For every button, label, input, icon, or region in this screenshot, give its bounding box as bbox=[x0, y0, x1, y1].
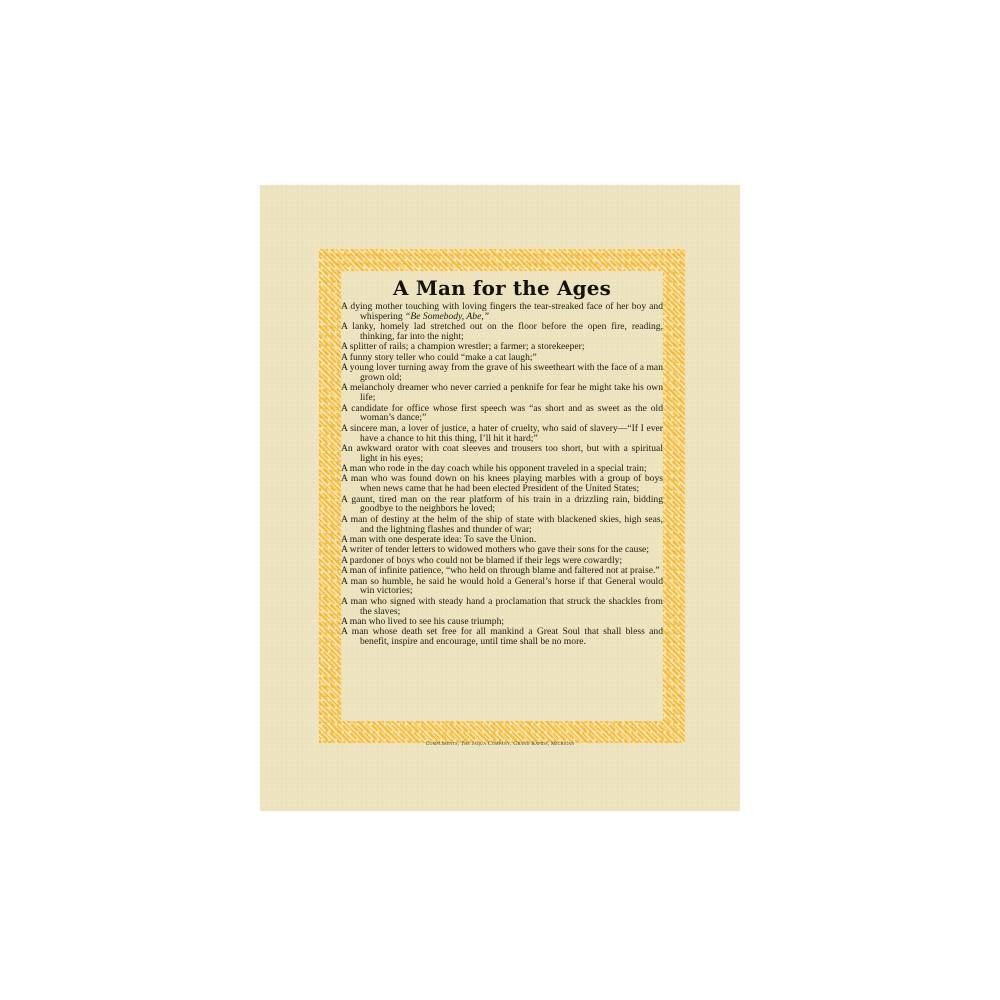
entry-list: A dying mother touching with loving fing… bbox=[341, 302, 663, 647]
entry-item: A writer of tender letters to widowed mo… bbox=[341, 545, 663, 555]
entry-text: A candidate for office whose first speec… bbox=[341, 403, 663, 424]
poem-content: A Man for the Ages A dying mother touchi… bbox=[341, 278, 663, 648]
entry-text: A splitter of rails; a champion wrestler… bbox=[341, 341, 584, 352]
entry-text: A man of infinite patience, “who held on… bbox=[341, 565, 660, 576]
entry-item: A funny story teller who could “make a c… bbox=[341, 353, 663, 363]
entry-text: An awkward orator with coat sleeves and … bbox=[341, 443, 663, 464]
entry-text: A lanky, homely lad stretched out on the… bbox=[341, 321, 663, 342]
entry-text: A young lover turning away from the grav… bbox=[341, 362, 663, 383]
entry-text: A melancholy dreamer who never carried a… bbox=[341, 382, 663, 403]
entry-item: A candidate for office whose first speec… bbox=[341, 404, 663, 424]
entry-item: A gaunt, tired man on the rear platform … bbox=[341, 495, 663, 515]
entry-text: A man of destiny at the helm of the ship… bbox=[341, 514, 663, 535]
entry-text: A man with one desperate idea: To save t… bbox=[341, 534, 536, 545]
entry-item: A lanky, homely lad stretched out on the… bbox=[341, 322, 663, 342]
entry-item: A splitter of rails; a champion wrestler… bbox=[341, 342, 663, 352]
entry-item: A man who rode in the day coach while hi… bbox=[341, 464, 663, 474]
entry-text: A man whose death set free for all manki… bbox=[341, 626, 663, 647]
entry-quote: “Be Somebody, Abe,” bbox=[405, 311, 489, 322]
footer-credit: Compliments, The Jaqua Company, Grand Ra… bbox=[260, 741, 740, 747]
entry-item: A young lover turning away from the grav… bbox=[341, 363, 663, 383]
entry-text: A gaunt, tired man on the rear platform … bbox=[341, 494, 663, 515]
entry-text: A man who rode in the day coach while hi… bbox=[341, 463, 647, 474]
entry-item: A man with one desperate idea: To save t… bbox=[341, 535, 663, 545]
entry-item: An awkward orator with coat sleeves and … bbox=[341, 444, 663, 464]
entry-text: A man so humble, he said he would hold a… bbox=[341, 576, 663, 597]
entry-item: A melancholy dreamer who never carried a… bbox=[341, 383, 663, 403]
entry-item: A man whose death set free for all manki… bbox=[341, 627, 663, 647]
entry-text: A man who signed with steady hand a proc… bbox=[341, 596, 663, 617]
document-title: A Man for the Ages bbox=[338, 278, 666, 300]
entry-text: A dying mother touching with loving fing… bbox=[341, 301, 663, 322]
entry-text: A man who was found down on his knees pl… bbox=[341, 473, 663, 494]
entry-item: A pardoner of boys who could not be blam… bbox=[341, 556, 663, 566]
entry-item: A man who signed with steady hand a proc… bbox=[341, 597, 663, 617]
entry-item: A sincere man, a lover of justice, a hat… bbox=[341, 424, 663, 444]
entry-text: A funny story teller who could “make a c… bbox=[341, 352, 537, 363]
entry-item: A man who was found down on his knees pl… bbox=[341, 474, 663, 494]
entry-item: A dying mother touching with loving fing… bbox=[341, 302, 663, 322]
entry-item: A man of destiny at the helm of the ship… bbox=[341, 515, 663, 535]
entry-item: A man of infinite patience, “who held on… bbox=[341, 566, 663, 576]
entry-text: A sincere man, a lover of justice, a hat… bbox=[341, 423, 663, 444]
printed-sheet: A Man for the Ages A dying mother touchi… bbox=[260, 185, 740, 811]
entry-text: A writer of tender letters to widowed mo… bbox=[341, 544, 649, 555]
entry-text: A pardoner of boys who could not be blam… bbox=[341, 555, 622, 566]
entry-item: A man who lived to see his cause triumph… bbox=[341, 617, 663, 627]
entry-item: A man so humble, he said he would hold a… bbox=[341, 577, 663, 597]
entry-text: A man who lived to see his cause triumph… bbox=[341, 616, 504, 627]
